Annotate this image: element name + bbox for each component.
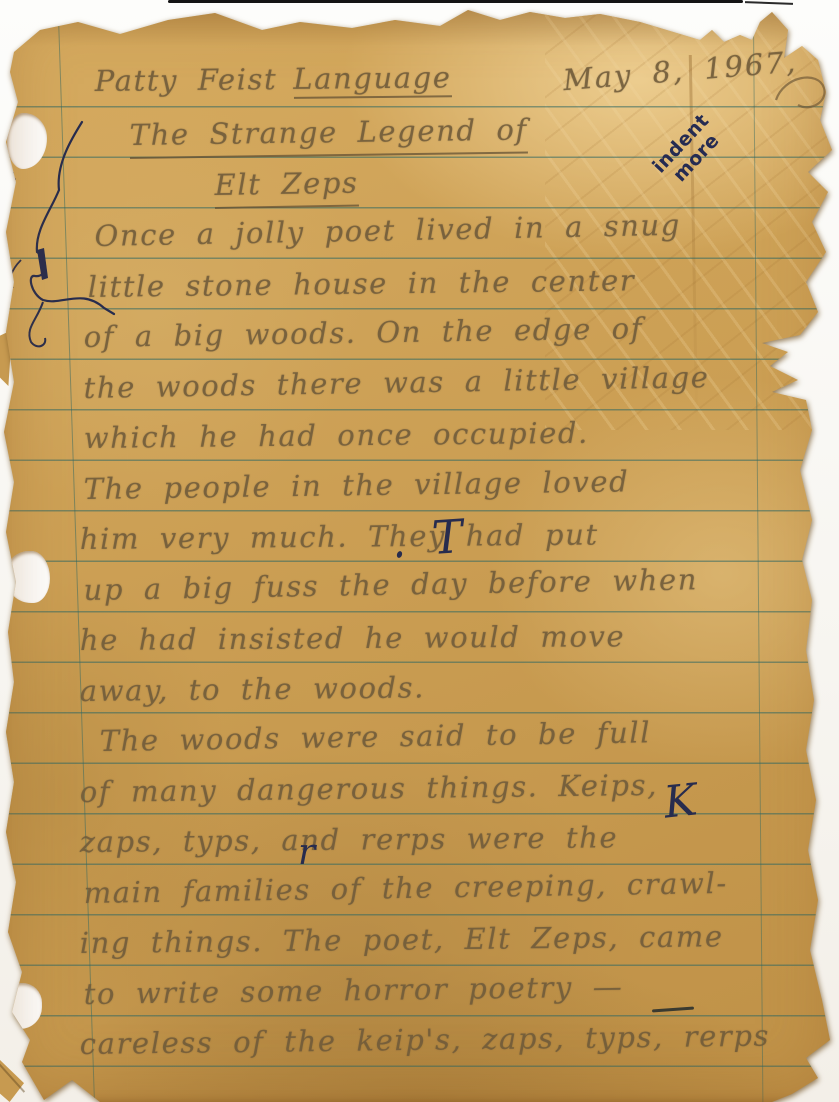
corner-flourish [770,68,834,116]
paper-shadow: Patty FeistLanguage May 8, 1967, The Str… [0,0,839,1102]
body-line: careless of the keip's, zaps, typs, rerp… [79,1013,770,1065]
body-line: him very much. They had put [80,511,599,560]
paper-sheet: Patty FeistLanguage May 8, 1967, The Str… [0,0,839,1102]
subject-label: Language [293,60,452,99]
ink-period-mark [396,550,403,558]
body-line: The people in the village loved [83,458,629,510]
body-line: main families of the creeping, crawl- [83,860,728,914]
body-line: little stone house in the center [87,257,635,308]
scanned-page: Patty FeistLanguage May 8, 1967, The Str… [0,0,839,1102]
torn-hole [2,983,42,1029]
body-line: The woods were said to be full [99,709,651,762]
header-line: Patty FeistLanguage May 8, 1967, [95,51,795,102]
body-line: which he had once occupied. [84,410,590,459]
title-line-2: Elt Zeps [214,159,359,209]
ink-correction-capital-t: T [430,509,464,565]
torn-hole [6,551,50,603]
ink-correction-capital-k: K [661,774,699,828]
body-line: up a big fuss the day before when [83,556,698,611]
body-line: away, to the woods. [80,664,426,712]
title-line-1: The Strange Legend of [129,106,528,159]
body-line: of a big woods. On the edge of [83,305,643,358]
body-line: ing things. The poet, Elt Zeps, came [80,913,724,964]
dash-mark [652,1007,694,1013]
body-line: of many dangerous things. Keips, [79,762,658,813]
body-line: to write some horror poetry — [83,963,623,1015]
body-line: zaps, typs, and rerps were the [80,814,619,863]
student-name: Patty Feist [95,62,278,98]
ink-correction-lower-r: r [298,832,315,873]
body-line: he had insisted he would move [80,613,626,661]
